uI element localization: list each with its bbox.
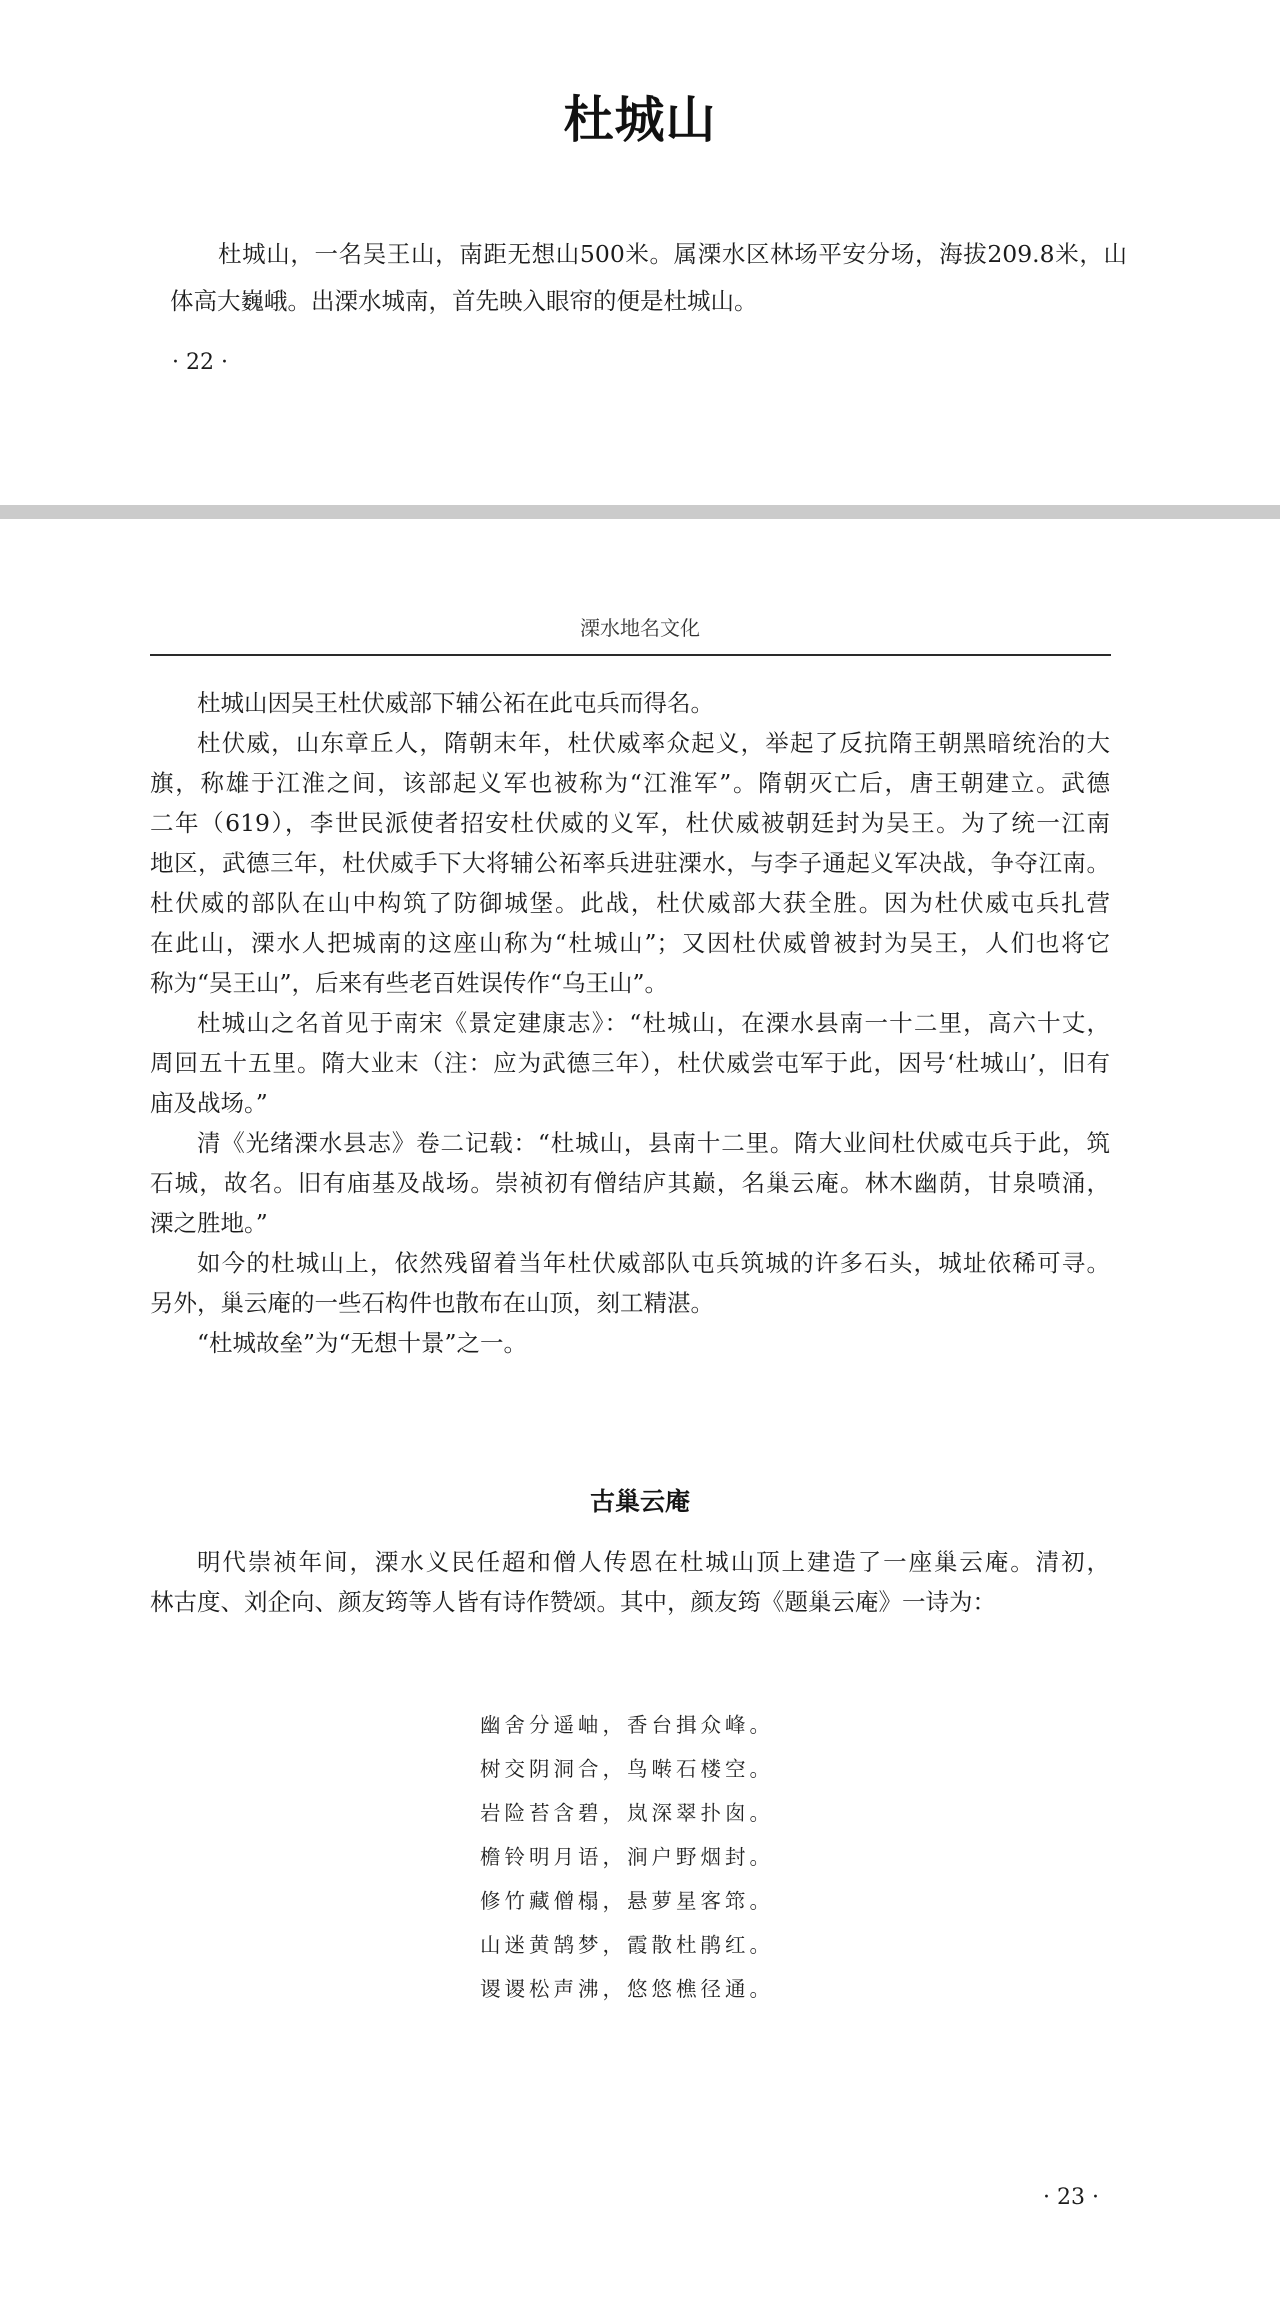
page-22: 杜城山 杜城山，一名吴王山，南距无想山500米。属溧水区林场平安分场，海拔209… bbox=[0, 0, 1280, 505]
section-title: 古巢云庵 bbox=[0, 1484, 1280, 1520]
body-line: 在此山，溧水人把城南的这座山称为“杜城山”；又因杜伏威曾被封为吴王，人们也将它 bbox=[150, 923, 1110, 963]
body-line: 清《光绪溧水县志》卷二记载：“杜城山，县南十二里。隋大业间杜伏威屯兵于此，筑 bbox=[197, 1123, 1110, 1163]
body-line: 杜伏威，山东章丘人，隋朝末年，杜伏威率众起义，举起了反抗隋王朝黑暗统治的大 bbox=[197, 723, 1110, 763]
header-rule bbox=[150, 654, 1111, 656]
body-line: 周回五十五里。隋大业末（注：应为武德三年），杜伏威尝屯军于此，因号‘杜城山’，旧… bbox=[150, 1043, 1110, 1083]
body-line: 杜城山因吴王杜伏威部下辅公祏在此屯兵而得名。 bbox=[197, 683, 1110, 723]
body-line: 称为“吴王山”，后来有些老百姓误传作“乌王山”。 bbox=[150, 963, 1110, 1003]
body-line: 石城，故名。旧有庙基及战场。崇祯初有僧结庐其巅，名巢云庵。林木幽荫，甘泉喷涌， bbox=[150, 1163, 1110, 1203]
page-number: · 23 · bbox=[1043, 2183, 1099, 2213]
intro-line: 杜城山，一名吴王山，南距无想山500米。属溧水区林场平安分场，海拔209.8米，… bbox=[218, 234, 1127, 274]
page-title: 杜城山 bbox=[0, 88, 1280, 152]
body-line: 庙及战场。” bbox=[150, 1083, 1110, 1123]
intro-line: 体高大巍峨。出溧水城南，首先映入眼帘的便是杜城山。 bbox=[170, 281, 1127, 321]
poem-line: 幽舍分遥岫，香台揖众峰。 bbox=[480, 1703, 774, 1747]
poem-line: 修竹藏僧榻，悬萝星客筇。 bbox=[480, 1879, 774, 1923]
body-line: 如今的杜城山上，依然残留着当年杜伏威部队屯兵筑城的许多石头，城址依稀可寻。 bbox=[197, 1243, 1110, 1283]
poem-line: 檐铃明月语，涧户野烟封。 bbox=[480, 1835, 774, 1879]
body-line: 杜城山之名首见于南宋《景定建康志》：“杜城山，在溧水县南一十二里，高六十丈， bbox=[197, 1003, 1110, 1043]
poem-line: 谡谡松声沸，悠悠樵径通。 bbox=[480, 1967, 774, 2011]
body-line: 另外，巢云庵的一些石构件也散布在山顶，刻工精湛。 bbox=[150, 1283, 1110, 1323]
body-line: 二年（619），李世民派使者招安杜伏威的义军，杜伏威被朝廷封为吴王。为了统一江南 bbox=[150, 803, 1110, 843]
body-line: 地区，武德三年，杜伏威手下大将辅公祏率兵进驻溧水，与李子通起义军决战，争夺江南。 bbox=[150, 843, 1110, 883]
body-line: 旗，称雄于江淮之间，该部起义军也被称为“江淮军”。隋朝灭亡后，唐王朝建立。武德 bbox=[150, 763, 1110, 803]
poem-line: 树交阴洞合，鸟啭石楼空。 bbox=[480, 1747, 774, 1791]
page-number: · 22 · bbox=[172, 348, 228, 378]
body-line: “杜城故垒”为“无想十景”之一。 bbox=[197, 1323, 1110, 1363]
body-line: 林古度、刘企向、颜友筠等人皆有诗作赞颂。其中，颜友筠《题巢云庵》一诗为： bbox=[150, 1582, 1110, 1622]
body-line: 杜伏威的部队在山中构筑了防御城堡。此战，杜伏威部大获全胜。因为杜伏威屯兵扎营 bbox=[150, 883, 1110, 923]
poem-line: 山迷黄鹄梦，霞散杜鹃红。 bbox=[480, 1923, 774, 1967]
body-line: 明代崇祯年间，溧水义民任超和僧人传恩在杜城山顶上建造了一座巢云庵。清初， bbox=[197, 1542, 1110, 1582]
running-head: 溧水地名文化 bbox=[0, 613, 1280, 643]
page-23: 溧水地名文化 杜城山因吴王杜伏威部下辅公祏在此屯兵而得名。 杜伏威，山东章丘人，… bbox=[0, 519, 1280, 2323]
page-separator bbox=[0, 505, 1280, 519]
body-line: 溧之胜地。” bbox=[150, 1203, 1110, 1243]
poem-line: 岩险苔含碧，岚深翠扑囱。 bbox=[480, 1791, 774, 1835]
